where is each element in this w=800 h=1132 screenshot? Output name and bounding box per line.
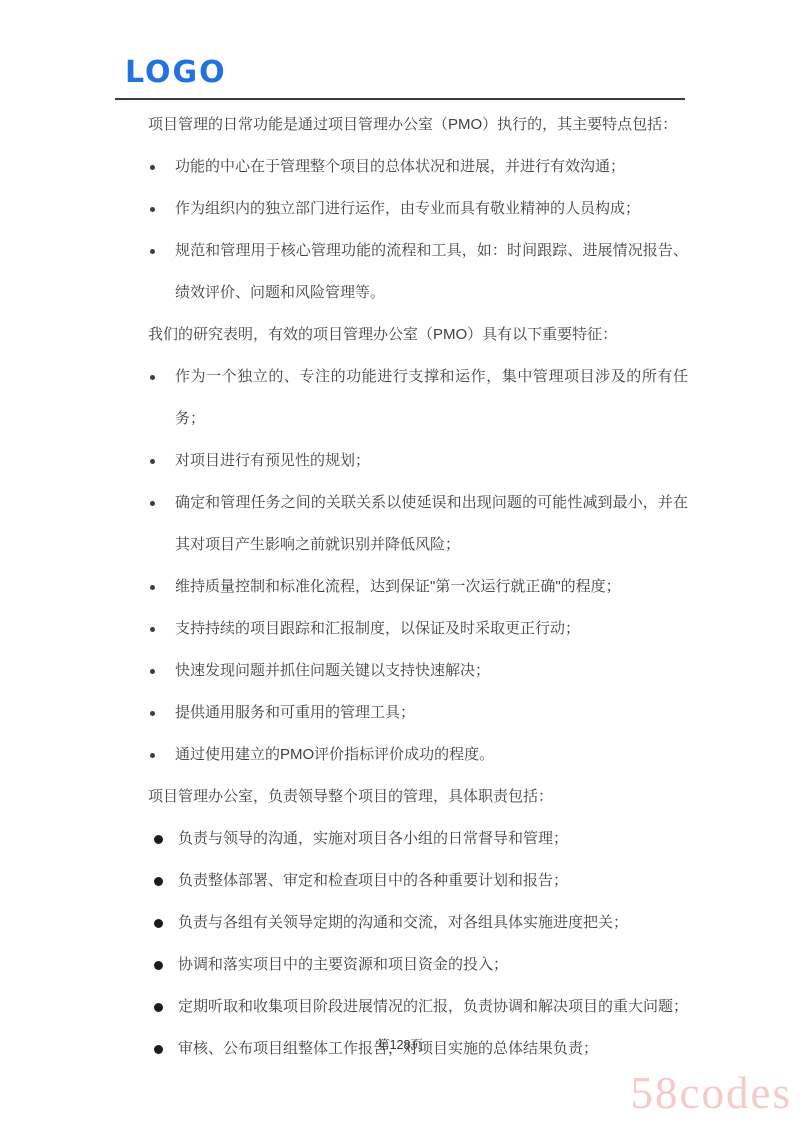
list-item-text: 负责与领导的沟通，实施对项目各小组的日常督导和管理； xyxy=(178,818,688,860)
bullet-icon xyxy=(148,356,175,380)
list-item-text: 定期听取和收集项目阶段进展情况的汇报，负责协调和解决项目的重大问题； xyxy=(178,986,688,1028)
bullet-icon xyxy=(148,818,178,844)
document-body: 项目管理的日常功能是通过项目管理办公室（PMO）执行的，其主要特点包括： 功能的… xyxy=(148,104,688,1070)
list-item: 协调和落实项目中的主要资源和项目资金的投入； xyxy=(148,944,688,986)
list-item: 支持持续的项目跟踪和汇报制度，以保证及时采取更正行动； xyxy=(148,608,688,650)
list-item-text: 规范和管理用于核心管理功能的流程和工具，如：时间跟踪、进展情况报告、绩效评价、问… xyxy=(175,230,688,314)
list-item-text: 确定和管理任务之间的关联关系以使延误和出现问题的可能性减到最小，并在其对项目产生… xyxy=(175,482,688,566)
bullet-list: 功能的中心在于管理整个项目的总体状况和进展，并进行有效沟通； 作为组织内的独立部… xyxy=(148,146,688,314)
page-header: LOGO xyxy=(115,56,685,100)
bullet-icon xyxy=(148,860,178,886)
bullet-icon xyxy=(148,440,175,464)
bullet-icon xyxy=(148,944,178,970)
list-item-text: 对项目进行有预见性的规划； xyxy=(175,440,688,482)
section-intro: 项目管理的日常功能是通过项目管理办公室（PMO）执行的，其主要特点包括： xyxy=(148,104,688,146)
list-item: 通过使用建立的PMO评价指标评价成功的程度。 xyxy=(148,734,688,776)
list-item-text: 负责整体部署、审定和检查项目中的各种重要计划和报告； xyxy=(178,860,688,902)
list-item-text: 负责与各组有关领导定期的沟通和交流，对各组具体实施进度把关； xyxy=(178,902,688,944)
list-item-text: 协调和落实项目中的主要资源和项目资金的投入； xyxy=(178,944,688,986)
bullet-icon xyxy=(148,650,175,674)
bullet-icon xyxy=(148,566,175,590)
list-item: 对项目进行有预见性的规划； xyxy=(148,440,688,482)
list-item-text: 快速发现问题并抓住问题关键以支持快速解决； xyxy=(175,650,688,692)
bullet-icon xyxy=(148,986,178,1012)
list-item-text: 维持质量控制和标准化流程，达到保证"第一次运行就正确"的程度； xyxy=(175,566,688,608)
list-item: 规范和管理用于核心管理功能的流程和工具，如：时间跟踪、进展情况报告、绩效评价、问… xyxy=(148,230,688,314)
list-item-text: 功能的中心在于管理整个项目的总体状况和进展，并进行有效沟通； xyxy=(175,146,688,188)
list-item-text: 作为组织内的独立部门进行运作，由专业而具有敬业精神的人员构成； xyxy=(175,188,688,230)
list-item-text: 提供通用服务和可重用的管理工具； xyxy=(175,692,688,734)
list-item: 定期听取和收集项目阶段进展情况的汇报，负责协调和解决项目的重大问题； xyxy=(148,986,688,1028)
list-item: 确定和管理任务之间的关联关系以使延误和出现问题的可能性减到最小，并在其对项目产生… xyxy=(148,482,688,566)
company-logo: LOGO xyxy=(125,56,227,90)
list-item: 维持质量控制和标准化流程，达到保证"第一次运行就正确"的程度； xyxy=(148,566,688,608)
bullet-icon xyxy=(148,482,175,506)
bullet-icon xyxy=(148,902,178,928)
page-number: 第128页 xyxy=(377,1038,423,1052)
list-item: 负责与各组有关领导定期的沟通和交流，对各组具体实施进度把关； xyxy=(148,902,688,944)
bullet-icon xyxy=(148,608,175,632)
section-intro: 我们的研究表明，有效的项目管理办公室（PMO）具有以下重要特征： xyxy=(148,314,688,356)
document-page: LOGO 项目管理的日常功能是通过项目管理办公室（PMO）执行的，其主要特点包括… xyxy=(0,0,800,1132)
bullet-icon xyxy=(148,692,175,716)
watermark: 58codes xyxy=(631,1068,792,1118)
bullet-icon xyxy=(148,230,175,254)
bullet-icon xyxy=(148,734,175,758)
bullet-list: 负责与领导的沟通，实施对项目各小组的日常督导和管理； 负责整体部署、审定和检查项… xyxy=(148,818,688,1070)
list-item: 提供通用服务和可重用的管理工具； xyxy=(148,692,688,734)
bullet-list: 作为一个独立的、专注的功能进行支撑和运作，集中管理项目涉及的所有任务； 对项目进… xyxy=(148,356,688,776)
list-item: 功能的中心在于管理整个项目的总体状况和进展，并进行有效沟通； xyxy=(148,146,688,188)
list-item: 作为一个独立的、专注的功能进行支撑和运作，集中管理项目涉及的所有任务； xyxy=(148,356,688,440)
page-footer: 第128页 xyxy=(0,1036,800,1054)
list-item-text: 作为一个独立的、专注的功能进行支撑和运作，集中管理项目涉及的所有任务； xyxy=(175,356,688,440)
section-intro: 项目管理办公室，负责领导整个项目的管理，具体职责包括： xyxy=(148,776,688,818)
bullet-icon xyxy=(148,146,175,170)
list-item-text: 支持持续的项目跟踪和汇报制度，以保证及时采取更正行动； xyxy=(175,608,688,650)
bullet-icon xyxy=(148,188,175,212)
list-item: 负责与领导的沟通，实施对项目各小组的日常督导和管理； xyxy=(148,818,688,860)
list-item: 快速发现问题并抓住问题关键以支持快速解决； xyxy=(148,650,688,692)
list-item: 负责整体部署、审定和检查项目中的各种重要计划和报告； xyxy=(148,860,688,902)
list-item-text: 通过使用建立的PMO评价指标评价成功的程度。 xyxy=(175,734,688,776)
list-item: 作为组织内的独立部门进行运作，由专业而具有敬业精神的人员构成； xyxy=(148,188,688,230)
